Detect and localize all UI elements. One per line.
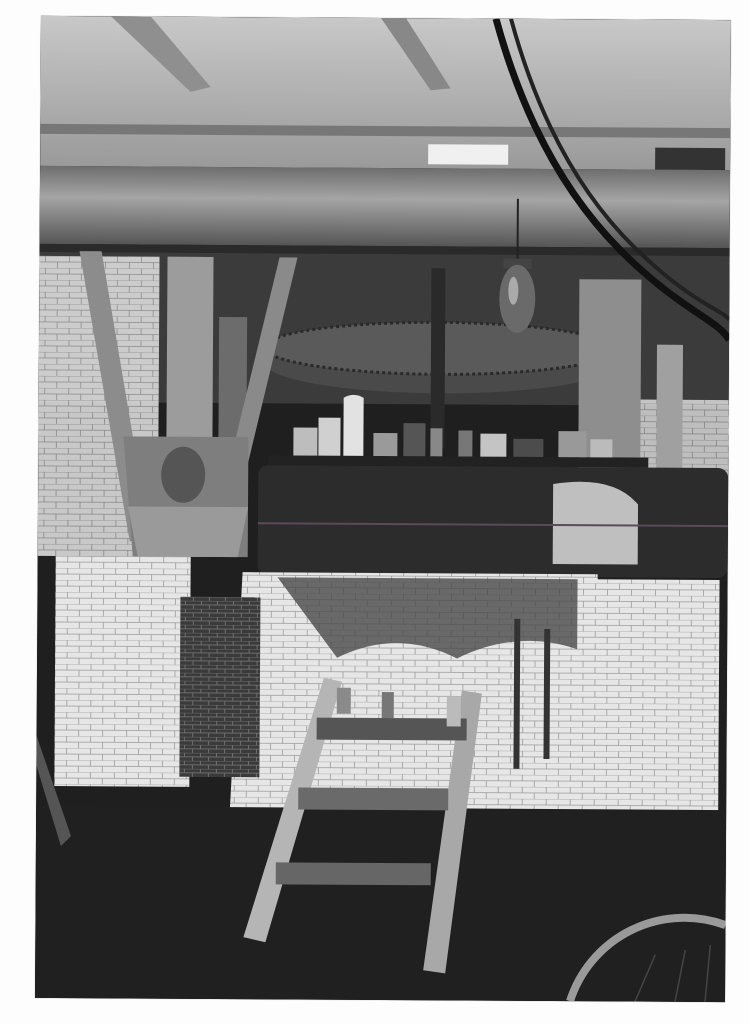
red-brick-wall [179,597,260,777]
grain-hopper [123,436,249,557]
mill-interior-scene [35,16,731,1002]
floor [35,806,726,1002]
photograph [35,16,731,1002]
millstone-casing [258,465,729,578]
main-crossbeam [40,166,731,256]
ceiling-joists [40,16,731,170]
